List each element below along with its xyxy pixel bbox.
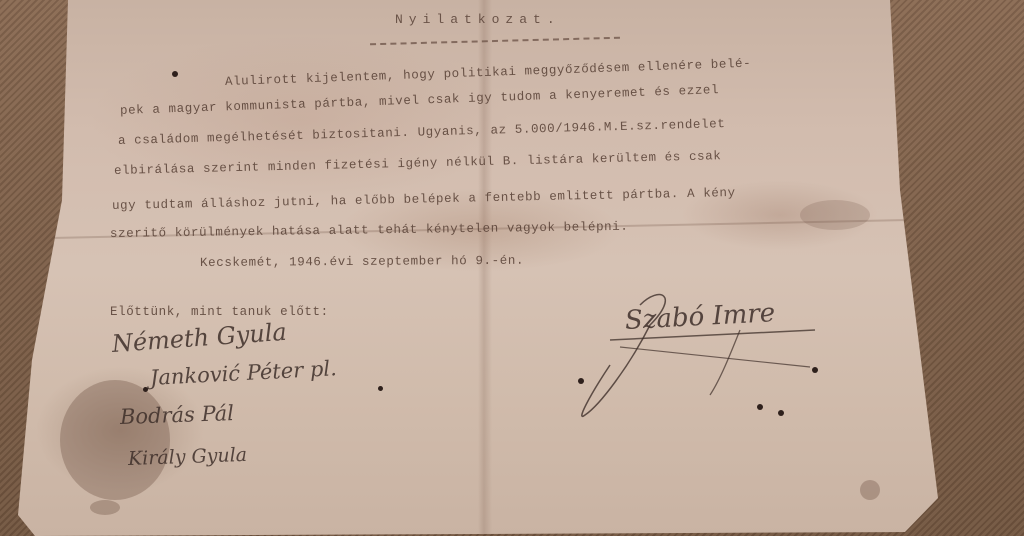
- ink-dot: [812, 367, 818, 373]
- witness-signature-4: Király Gyula: [128, 444, 248, 470]
- signature-flourish: [570, 285, 830, 435]
- ink-dot: [378, 386, 383, 391]
- ink-dot: [757, 404, 763, 410]
- water-stain: [860, 480, 880, 500]
- body-line-6: szeritő körülmények hatása alatt tehát k…: [110, 220, 629, 241]
- water-stain: [60, 380, 170, 500]
- ink-dot: [172, 71, 178, 77]
- ink-dot: [578, 378, 584, 384]
- water-stain: [800, 200, 870, 230]
- witness-label: Előttünk, mint tanuk előtt:: [110, 305, 329, 319]
- witness-signature-1: Németh Gyula: [111, 318, 288, 358]
- document-title: Nyilatkozat.: [395, 12, 561, 27]
- body-line-3: a családom megélhetését biztositani. Ugy…: [118, 117, 726, 148]
- witness-signature-3: Bodrás Pál: [120, 401, 235, 429]
- water-stain: [90, 500, 120, 515]
- title-underline: [370, 37, 620, 46]
- document-paper: Nyilatkozat. Alulirott kijelentem, hogy …: [0, 0, 1024, 536]
- body-line-2: pek a magyar kommunista pártba, mivel cs…: [120, 83, 720, 118]
- body-line-4: elbirálása szerint minden fizetési igény…: [114, 149, 722, 178]
- place-date: Kecskemét, 1946.évi szeptember hó 9.-én.: [200, 254, 524, 270]
- ink-dot: [143, 387, 148, 392]
- ink-dot: [778, 410, 784, 416]
- body-line-5: ugy tudtam álláshoz jutni, ha előbb belé…: [112, 186, 736, 213]
- witness-signature-2: Janković Péter pl.: [149, 356, 337, 390]
